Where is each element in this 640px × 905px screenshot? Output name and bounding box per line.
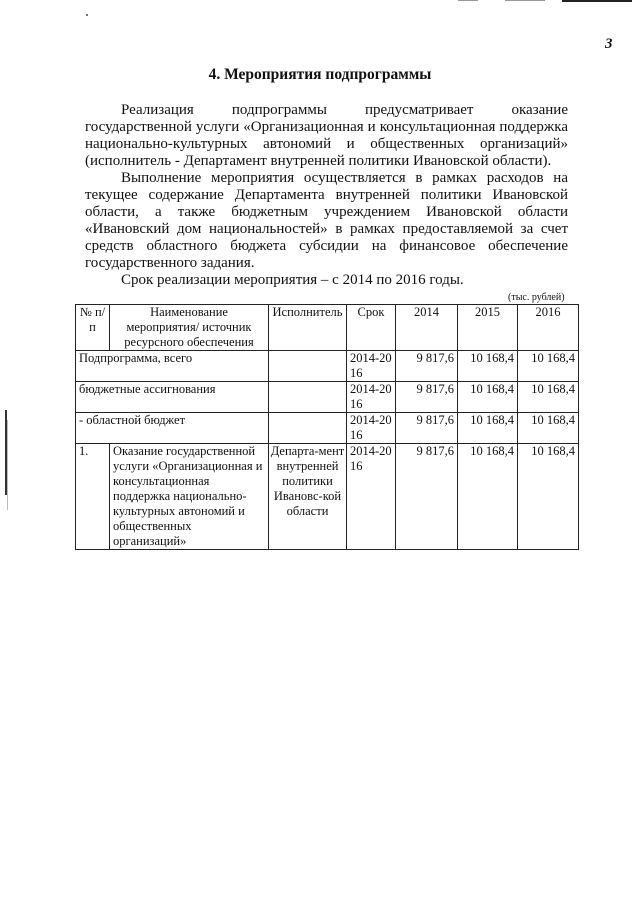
- row-2016: 10 168,4: [518, 351, 579, 382]
- row-2016: 10 168,4: [518, 444, 579, 550]
- table-header-row: № п/п Наименование мероприятия/ источник…: [76, 305, 579, 351]
- row-term: 2014-2016: [347, 351, 396, 382]
- text-line: текущее содержание Департамента внутренн…: [85, 187, 568, 204]
- table-row: 1. Оказание государственной услуги «Орга…: [76, 444, 579, 550]
- text-line: Выполнение мероприятия осуществляется в …: [85, 170, 568, 187]
- text-line: «Ивановский дом национальностей» в рамка…: [85, 221, 568, 238]
- row-executor: [269, 413, 347, 444]
- paragraph-term: Срок реализации мероприятия – с 2014 по …: [85, 272, 568, 289]
- row-2015: 10 168,4: [458, 382, 518, 413]
- paragraph-service: Реализация подпрограммы предусматривает …: [85, 102, 568, 170]
- scan-artifact: [458, 0, 478, 1]
- header-2015: 2015: [458, 305, 518, 351]
- units-label: (тыс. рублей): [508, 292, 565, 303]
- scan-artifact: [562, 0, 632, 2]
- header-2014: 2014: [396, 305, 458, 351]
- row-2016: 10 168,4: [518, 413, 579, 444]
- row-term: 2014-2016: [347, 444, 396, 550]
- page-number: 3: [605, 36, 613, 53]
- row-term: 2014-2016: [347, 413, 396, 444]
- table-row: Подпрограмма, всего 2014-2016 9 817,6 10…: [76, 351, 579, 382]
- section-heading: 4. Мероприятия подпрограммы: [0, 66, 640, 84]
- row-2015: 10 168,4: [458, 413, 518, 444]
- row-2014: 9 817,6: [396, 444, 458, 550]
- header-2016: 2016: [518, 305, 579, 351]
- header-executor: Исполнитель: [269, 305, 347, 351]
- row-2014: 9 817,6: [396, 413, 458, 444]
- row-executor: [269, 351, 347, 382]
- row-2014: 9 817,6: [396, 382, 458, 413]
- table-row: бюджетные ассигнования 2014-2016 9 817,6…: [76, 382, 579, 413]
- scan-artifact: [86, 14, 88, 16]
- text-line: области, а также бюджетным учреждением И…: [85, 204, 568, 221]
- scan-artifact: [7, 420, 8, 510]
- row-label: бюджетные ассигнования: [76, 382, 269, 413]
- header-term: Срок: [347, 305, 396, 351]
- row-label: - областной бюджет: [76, 413, 269, 444]
- row-2016: 10 168,4: [518, 382, 579, 413]
- text-line: национально-культурных автономий и общес…: [85, 136, 568, 153]
- text-line: государственного задания.: [85, 255, 568, 272]
- header-name: Наименование мероприятия/ источник ресур…: [110, 305, 269, 351]
- activities-table: № п/п Наименование мероприятия/ источник…: [75, 304, 579, 550]
- row-2015: 10 168,4: [458, 444, 518, 550]
- row-label: Оказание государственной услуги «Организ…: [110, 444, 269, 550]
- header-num: № п/п: [76, 305, 110, 351]
- row-label: Подпрограмма, всего: [76, 351, 269, 382]
- text-line: Срок реализации мероприятия – с 2014 по …: [85, 272, 568, 289]
- text-line: Реализация подпрограммы предусматривает …: [85, 102, 568, 119]
- scan-artifact: [505, 0, 545, 1]
- row-executor: Департа-мент внутренней политики Ивановс…: [269, 444, 347, 550]
- row-2015: 10 168,4: [458, 351, 518, 382]
- table-row: - областной бюджет 2014-2016 9 817,6 10 …: [76, 413, 579, 444]
- row-num: 1.: [76, 444, 110, 550]
- row-2014: 9 817,6: [396, 351, 458, 382]
- row-term: 2014-2016: [347, 382, 396, 413]
- text-line: (исполнитель - Департамент внутренней по…: [85, 153, 568, 170]
- text-line: средств областного бюджета субсидии на ф…: [85, 238, 568, 255]
- text-line: государственной услуги «Организационная …: [85, 119, 568, 136]
- paragraph-execution: Выполнение мероприятия осуществляется в …: [85, 170, 568, 272]
- row-executor: [269, 382, 347, 413]
